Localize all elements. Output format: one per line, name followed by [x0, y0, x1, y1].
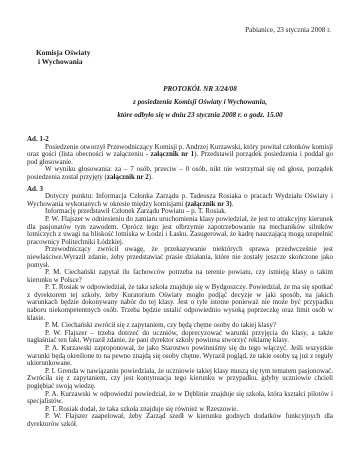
- title-line-1: PROTOKÓŁ NR 3/24/08: [67, 83, 333, 96]
- paragraph-text: P. A. Kurzawski w odpowiedzi powiedział,…: [27, 390, 333, 406]
- paragraph: P. I. Grenda w nawiązaniu powiedziała, ż…: [27, 368, 333, 391]
- date-line: Pabianice, 23 stycznia 2008 r.: [27, 26, 333, 34]
- sender-line-1: Komisja Oświaty: [36, 48, 333, 57]
- paragraph: P. W. Flajszer zaapelował, żeby Zarząd s…: [27, 413, 333, 428]
- section-ad-3: Ad. 3Dotyczy punktu: Informacja Członka …: [27, 186, 333, 429]
- paragraph: P. T. Rosiak w odpowiedział, że taka szk…: [27, 284, 333, 322]
- paragraph-text: ).: [149, 173, 153, 181]
- paragraph-text: W wyniku głosowania: za – 7 osób, przeci…: [27, 165, 333, 181]
- paragraph-text: P. I. Grenda w nawiązaniu powiedziała, ż…: [27, 367, 333, 390]
- paragraph-text: .: [232, 200, 234, 208]
- paragraph-text: P. T. Rosiak w odpowiedział, że taka szk…: [27, 283, 333, 321]
- title-line-3: które odbyło się w dniu 23 stycznia 2008…: [67, 109, 333, 122]
- sender-line-2: i Wychowania: [36, 57, 333, 66]
- paragraph: Posiedzenie otworzył Przewodniczący Komi…: [27, 144, 333, 167]
- document-page: Pabianice, 23 stycznia 2008 r. Komisja O…: [0, 0, 360, 466]
- document-body: Ad. 1-2Posiedzenie otworzył Przewodniczą…: [27, 136, 333, 429]
- attachment-reference: załącznik nr 1: [151, 150, 195, 158]
- paragraph-text: Przewodniczący zwrócił uwagę, że przekaz…: [27, 245, 333, 268]
- paragraph: Dotyczy punktu: Informacja Członka Zarzą…: [27, 193, 333, 208]
- paragraph: P. A. Kurzawski zaproponował, że jako St…: [27, 345, 333, 368]
- paragraph-text: P. M. Ciechański zapytał ilu fachowców p…: [27, 268, 333, 284]
- paragraph-text: P. A. Kurzawski zaproponował, że jako St…: [27, 344, 333, 367]
- paragraph: Przewodniczący zwrócił uwagę, że przekaz…: [27, 246, 333, 269]
- paragraph: P. W. Flajszer – trzeba dotrzeć do uczni…: [27, 330, 333, 345]
- paragraph: P. A. Kurzawski w odpowiedzi powiedział,…: [27, 391, 333, 406]
- paragraph: P. M. Ciechański zapytał ilu fachowców p…: [27, 269, 333, 284]
- paragraph-text: P. W. Flajszer w odniesieniu do zamiaru …: [27, 215, 333, 246]
- sender-block: Komisja Oświaty i Wychowania: [36, 48, 333, 66]
- paragraph-text: P. W. Flajszer – trzeba dotrzeć do uczni…: [27, 329, 333, 345]
- paragraph: W wyniku głosowania: za – 7 osób, przeci…: [27, 166, 333, 181]
- section-ad-1-2: Ad. 1-2Posiedzenie otworzył Przewodniczą…: [27, 136, 333, 182]
- paragraph: P. W. Flajszer w odniesieniu do zamiaru …: [27, 216, 333, 246]
- title-line-2: z posiedzenia Komisji Oświaty i Wychowan…: [67, 96, 333, 109]
- paragraph-text: Dotyczy punktu: Informacja Członka Zarzą…: [27, 192, 333, 208]
- document-title: PROTOKÓŁ NR 3/24/08 z posiedzenia Komisj…: [27, 83, 333, 122]
- paragraph-text: P. W. Flajszer zaapelował, żeby Zarząd s…: [27, 412, 333, 428]
- attachment-reference: załącznik nr 2: [107, 173, 149, 181]
